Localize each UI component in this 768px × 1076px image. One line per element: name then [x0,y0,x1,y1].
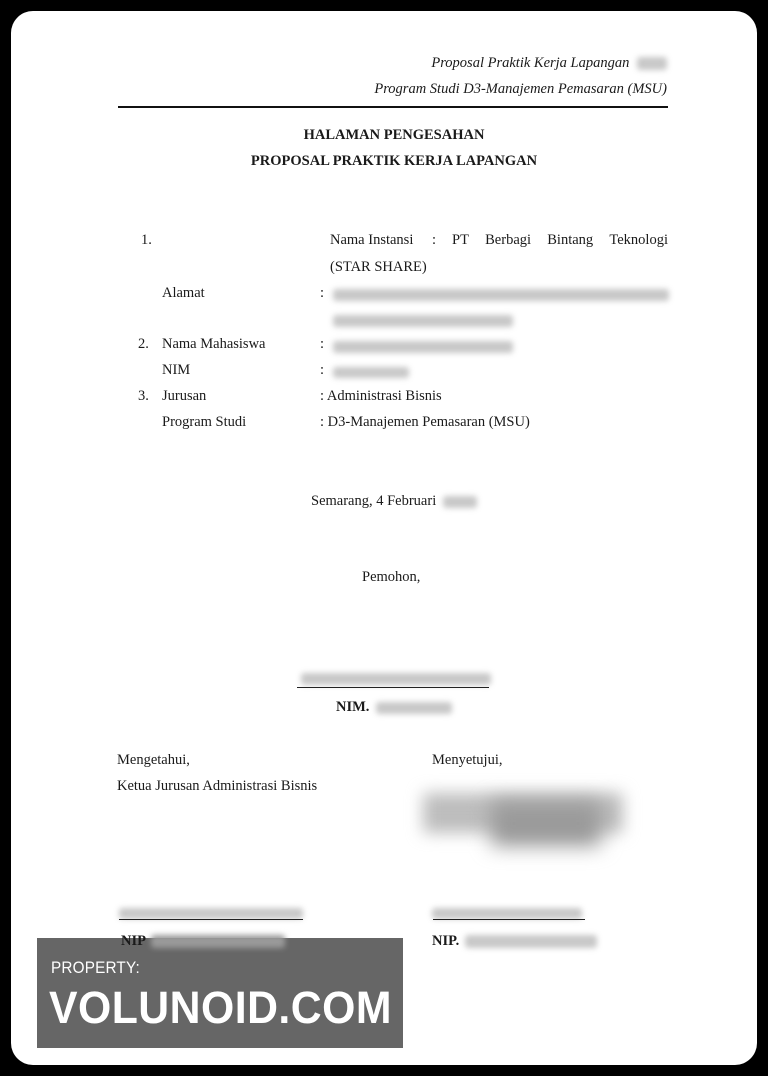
page-frame: Proposal Praktik Kerja Lapangan Program … [11,11,757,1065]
redacted-right-signer-name [432,908,582,919]
redacted-right-nip [465,935,597,948]
prodi-label: Program Studi [162,414,246,431]
right-signature-line [433,919,585,920]
right-nip: NIP. [432,933,597,950]
header-divider [118,106,668,108]
prodi-value: : D3-Manajemen Pemasaran (MSU) [320,414,530,431]
jurusan-label: Jurusan [162,388,206,405]
alamat-label: Alamat [162,285,205,302]
watermark-label: PROPERTY: [51,958,140,978]
redacted-applicant-name [301,673,491,685]
left-signer-role: Ketua Jurusan Administrasi Bisnis [117,778,317,795]
mahasiswa-colon: : [320,336,324,353]
redacted-address-line-2 [333,315,513,327]
instansi-value-line-2: (STAR SHARE) [330,259,427,276]
left-nip: NIP [121,933,285,950]
pemohon-label: Pemohon, [362,569,420,586]
nim-colon: : [320,362,324,379]
redacted-left-signer-name [119,908,303,919]
redacted-student-name [333,341,513,353]
applicant-nim: NIM. [336,699,452,716]
watermark-banner: PROPERTY: VOLUNOID.COM [37,938,403,1048]
left-signer-heading: Mengetahui, [117,752,190,769]
item-number-3: 3. [138,388,149,405]
item-number-2: 2. [138,336,149,353]
redacted-applicant-nim [376,702,452,714]
item-number-1: 1. [141,232,152,249]
document-page: Proposal Praktik Kerja Lapangan Program … [11,11,757,1065]
applicant-signature-line [297,687,489,688]
redacted-signature-stroke [491,801,601,846]
redacted-year [443,496,477,508]
instansi-label: Nama Instansi [330,232,413,249]
instansi-value: PT Berbagi Bintang Teknologi [452,232,668,249]
header-line-1: Proposal Praktik Kerja Lapangan [431,55,667,72]
left-signature-line [119,919,303,920]
watermark-site: VOLUNOID.COM [49,982,392,1034]
nim-label: NIM [162,362,190,379]
page-title: HALAMAN PENGESAHAN [11,127,757,144]
alamat-colon: : [320,285,324,302]
redacted-address-line-1 [333,289,669,301]
mahasiswa-label: Nama Mahasiswa [162,336,265,353]
jurusan-value: : Administrasi Bisnis [320,388,442,405]
redacted-nim [333,367,409,378]
header-line-2: Program Studi D3-Manajemen Pemasaran (MS… [374,81,667,98]
redacted-year [637,57,667,70]
right-signer-heading: Menyetujui, [432,752,502,769]
instansi-colon: : [432,232,436,249]
redacted-left-nip [151,935,285,948]
date-line: Semarang, 4 Februari [311,493,477,510]
page-subtitle: PROPOSAL PRAKTIK KERJA LAPANGAN [11,153,757,170]
